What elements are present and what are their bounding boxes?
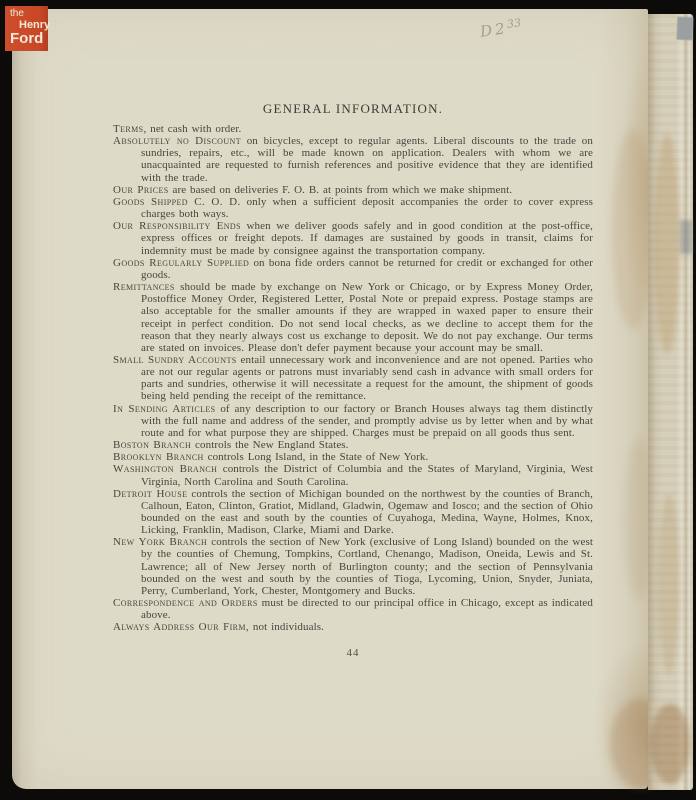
paragraph-lead: Absolutely no Discount [113,135,241,147]
paragraph-text: , net cash with order. [144,123,242,135]
paragraph-text: controls the section of Michigan bounded… [141,488,593,536]
paragraph-lead: Our Prices [113,184,169,196]
paragraph-text: not individuals. [249,621,324,633]
paragraph-text: are based on deliveries F. O. B. at poin… [169,184,513,196]
terms-paragraph: Boston Branch controls the New England S… [113,439,593,451]
paragraph-lead: In Sending Articles [113,403,216,415]
paragraph-lead: Always Address Our Firm, [113,621,249,633]
terms-paragraph: Absolutely no Discount on bicycles, exce… [113,135,593,184]
logo-text-the: the [10,8,24,19]
catalog-page: GENERAL INFORMATION. Terms, net cash wit… [12,9,648,789]
terms-paragraph: Goods Shipped C. O. D. only when a suffi… [113,196,593,220]
terms-paragraph: Washington Branch controls the District … [113,463,593,487]
terms-paragraph: Goods Regularly Supplied on bona fide or… [113,257,593,281]
terms-paragraph: Correspondence and Orders must be direct… [113,597,593,621]
paragraph-lead: Goods Regularly Supplied [113,257,249,269]
terms-paragraph: Brooklyn Branch controls Long Island, in… [113,451,593,463]
terms-paragraph: Our Prices are based on deliveries F. O.… [113,184,593,196]
terms-paragraph: Terms, net cash with order. [113,123,593,135]
paragraph-lead: Remittances [113,281,175,293]
pencil-superscript: 33 [506,16,522,31]
paragraph-lead: Small Sundry Accounts [113,354,237,366]
logo-text-ford: Ford [10,30,43,47]
pencil-main: D2 [479,19,509,41]
paragraph-lead: Detroit House [113,488,187,500]
paragraph-text: controls the New England States. [191,439,348,451]
edge-smudge [680,220,692,254]
terms-list: Terms, net cash with order. Absolutely n… [113,123,593,634]
text-column: GENERAL INFORMATION. Terms, net cash wit… [113,9,593,659]
paragraph-lead: Our Responsibility Ends [113,220,241,232]
paragraph-lead: Boston Branch [113,439,191,451]
book-fore-edge [648,14,693,790]
terms-paragraph: Detroit House controls the section of Mi… [113,488,593,537]
paragraph-lead: Brooklyn Branch [113,451,204,463]
paragraph-lead: Goods Shipped C. O. D. [113,196,241,208]
paragraph-lead: Washington Branch [113,463,217,475]
edge-stain [650,704,690,784]
page-heading: GENERAL INFORMATION. [113,101,593,117]
henry-ford-logo: the Henry Ford [5,6,48,51]
page-number: 44 [113,647,593,659]
paragraph-text: controls Long Island, in the State of Ne… [204,451,429,463]
terms-paragraph: Our Responsibility Ends when we deliver … [113,220,593,256]
terms-paragraph: In Sending Articles of any description t… [113,403,593,439]
paragraph-text: should be made by exchange on New York o… [141,281,593,354]
terms-paragraph: New York Branch controls the section of … [113,536,593,597]
paragraph-lead: Terms [113,123,144,135]
edge-stain [658,494,680,674]
tape-patch [677,17,694,41]
paragraph-text: controls the section of New York (exclus… [141,536,593,597]
terms-paragraph: Small Sundry Accounts entail unnecessary… [113,354,593,403]
paragraph-lead: New York Branch [113,536,207,548]
edge-stain [654,134,680,354]
terms-paragraph: Remittances should be made by exchange o… [113,281,593,354]
paragraph-lead: Correspondence and Orders [113,597,258,609]
terms-paragraph: Always Address Our Firm, not individuals… [113,621,593,633]
